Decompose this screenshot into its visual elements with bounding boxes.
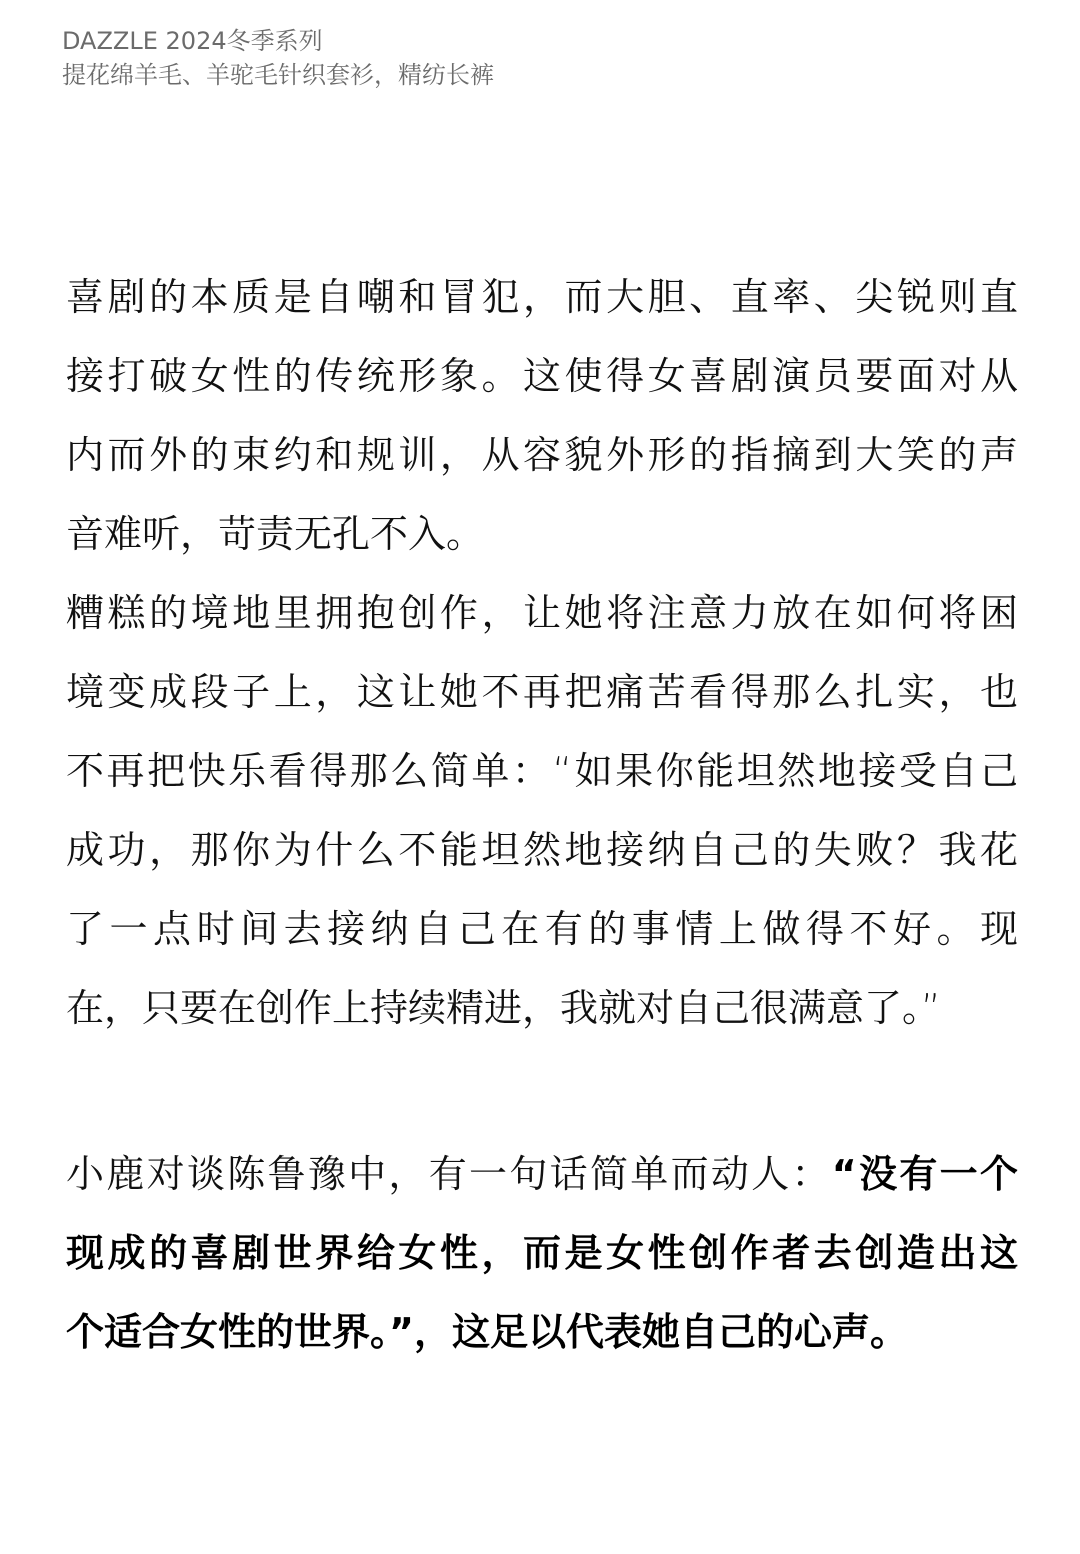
text-line: 不再把快乐看得那么简单：“如果你能坦然地接受自己 bbox=[66, 732, 1018, 811]
collection-description: 提花绵羊毛、羊驼毛针织套衫，精纺长裤 bbox=[62, 58, 494, 92]
text-line: 在，只要在创作上持续精进，我就对自己很满意了。” bbox=[66, 969, 1018, 1048]
quote-start: “没有一个 bbox=[832, 1152, 1018, 1196]
text-line-mixed: 小鹿对谈陈鲁豫中，有一句话简单而动人：“没有一个 bbox=[66, 1135, 1018, 1214]
text-line: 成功，那你为什么不能坦然地接纳自己的失败？我花 bbox=[66, 811, 1018, 890]
paragraph-3: 小鹿对谈陈鲁豫中，有一句话简单而动人：“没有一个 现成的喜剧世界给女性，而是女性… bbox=[66, 1135, 1018, 1372]
intro-text: 小鹿对谈陈鲁豫中，有一句话简单而动人： bbox=[66, 1152, 832, 1196]
quote-line: 现成的喜剧世界给女性，而是女性创作者去创造出这 bbox=[66, 1214, 1018, 1293]
text-line: 喜剧的本质是自嘲和冒犯，而大胆、直率、尖锐则直 bbox=[66, 258, 1018, 337]
text-line: 接打破女性的传统形象。这使得女喜剧演员要面对从 bbox=[66, 337, 1018, 416]
text-line: 境变成段子上，这让她不再把痛苦看得那么扎实，也 bbox=[66, 653, 1018, 732]
article-body: 喜剧的本质是自嘲和冒犯，而大胆、直率、尖锐则直 接打破女性的传统形象。这使得女喜… bbox=[66, 258, 1018, 1372]
text-line: 了一点时间去接纳自己在有的事情上做得不好。现 bbox=[66, 890, 1018, 969]
quote-line: 个适合女性的世界。”，这足以代表她自己的心声。 bbox=[66, 1293, 1018, 1372]
paragraph-2: 糟糕的境地里拥抱创作，让她将注意力放在如何将困 境变成段子上，这让她不再把痛苦看… bbox=[66, 574, 1018, 1048]
text-line: 糟糕的境地里拥抱创作，让她将注意力放在如何将困 bbox=[66, 574, 1018, 653]
header: DAZZLE 2024冬季系列 提花绵羊毛、羊驼毛针织套衫，精纺长裤 bbox=[62, 24, 494, 92]
paragraph-1: 喜剧的本质是自嘲和冒犯，而大胆、直率、尖锐则直 接打破女性的传统形象。这使得女喜… bbox=[66, 258, 1018, 574]
collection-title: DAZZLE 2024冬季系列 bbox=[62, 24, 494, 58]
paragraph-spacer bbox=[66, 1048, 1018, 1135]
text-line: 内而外的束约和规训，从容貌外形的指摘到大笑的声 bbox=[66, 416, 1018, 495]
text-line: 音难听，苛责无孔不入。 bbox=[66, 495, 1018, 574]
